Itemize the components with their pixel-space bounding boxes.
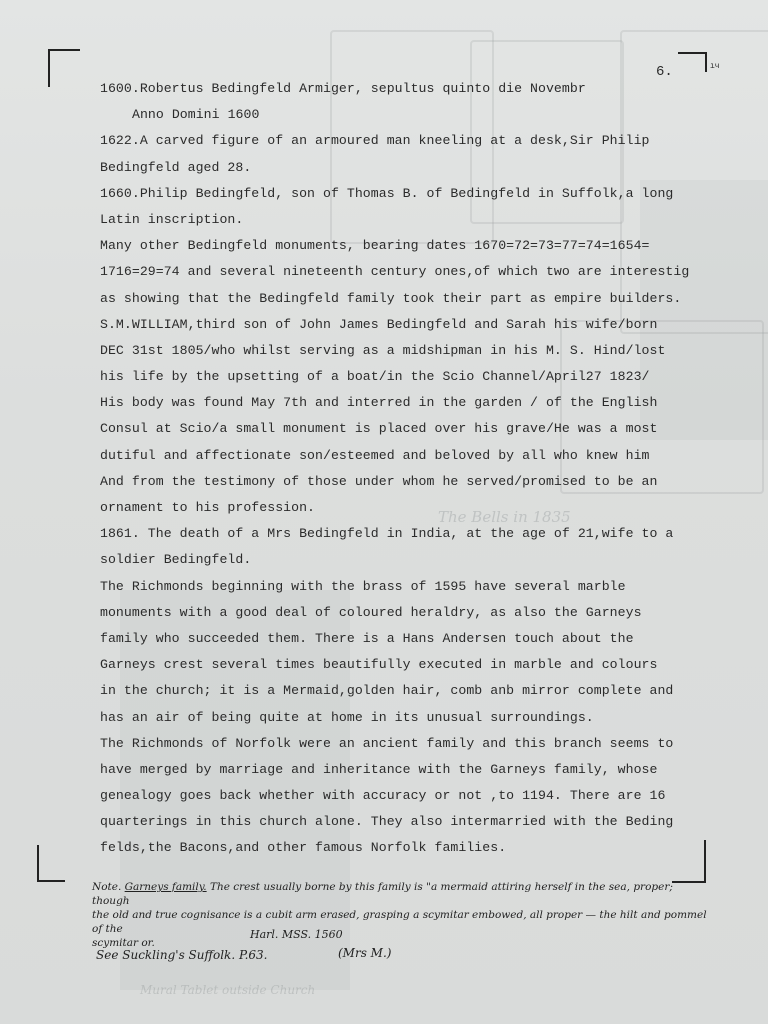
note-line-1: Note. Garneys family. The crest usually … [92,880,712,908]
typed-line: Bedingfeld aged 28. [100,155,700,181]
typed-line: soldier Bedingfeld. [100,547,700,573]
typed-line: as showing that the Bedingfeld family to… [100,286,700,312]
typed-line: 1600.Robertus Bedingfeld Armiger, sepult… [100,76,700,102]
typed-line: His body was found May 7th and interred … [100,390,700,416]
corner-mark-top-left [48,49,80,51]
typed-line: have merged by marriage and inheritance … [100,757,700,783]
typed-line: Consul at Scio/a small monument is place… [100,416,700,442]
typed-line: in the church; it is a Mermaid,golden ha… [100,678,700,704]
note-label: Note. [92,881,121,893]
typed-line: his life by the upsetting of a boat/in t… [100,364,700,390]
typed-body: 1600.Robertus Bedingfeld Armiger, sepult… [100,76,700,862]
typed-line: dutiful and affectionate son/esteemed an… [100,443,700,469]
bleed-through-caption: Mural Tablet outside Church [140,983,315,997]
typed-line: The Richmonds of Norfolk were an ancient… [100,731,700,757]
typed-line: genealogy goes back whether with accurac… [100,783,700,809]
handwritten-note: Note. Garneys family. The crest usually … [92,880,712,950]
corner-mark-top-right [705,52,707,72]
typed-line: Latin inscription. [100,207,700,233]
typed-line: 1716=29=74 and several nineteenth centur… [100,259,700,285]
typed-line: quarterings in this church alone. They a… [100,809,700,835]
note-line-2: the old and true cognisance is a cubit a… [92,908,712,936]
typed-line: has an air of being quite at home in its… [100,705,700,731]
typed-line: And from the testimony of those under wh… [100,469,700,495]
corner-mark-top-right [678,52,706,54]
typed-line: ornament to his profession. [100,495,700,521]
typed-line: 1660.Philip Bedingfeld, son of Thomas B.… [100,181,700,207]
typed-line: The Richmonds beginning with the brass o… [100,574,700,600]
document-page: The Bells in 1835 Mural Tablet outside C… [0,0,768,1024]
corner-mark-bottom-right [704,840,706,882]
margin-mark: ıч [710,62,720,71]
typed-line: 1622.A carved figure of an armoured man … [100,128,700,154]
typed-line: monuments with a good deal of coloured h… [100,600,700,626]
corner-mark-top-left [48,49,50,87]
typed-line: 1861. The death of a Mrs Bedingfeld in I… [100,521,700,547]
suckling-reference: See Suckling's Suffolk. P.63. [96,948,268,962]
typed-line: Anno Domini 1600 [100,102,700,128]
typed-line: DEC 31st 1805/who whilst serving as a mi… [100,338,700,364]
corner-mark-bottom-left [37,880,65,882]
harleian-reference: Harl. MSS. 1560 [250,928,343,942]
typed-line: felds,the Bacons,and other famous Norfol… [100,835,700,861]
typed-line: S.M.WILLIAM,third son of John James Bedi… [100,312,700,338]
note-subject: Garneys family. [125,881,207,893]
typed-line: Many other Bedingfeld monuments, bearing… [100,233,700,259]
typed-line: Garneys crest several times beautifully … [100,652,700,678]
typed-line: family who succeeded them. There is a Ha… [100,626,700,652]
corner-mark-bottom-left [37,845,39,881]
author-initials: (Mrs M.) [338,946,391,960]
